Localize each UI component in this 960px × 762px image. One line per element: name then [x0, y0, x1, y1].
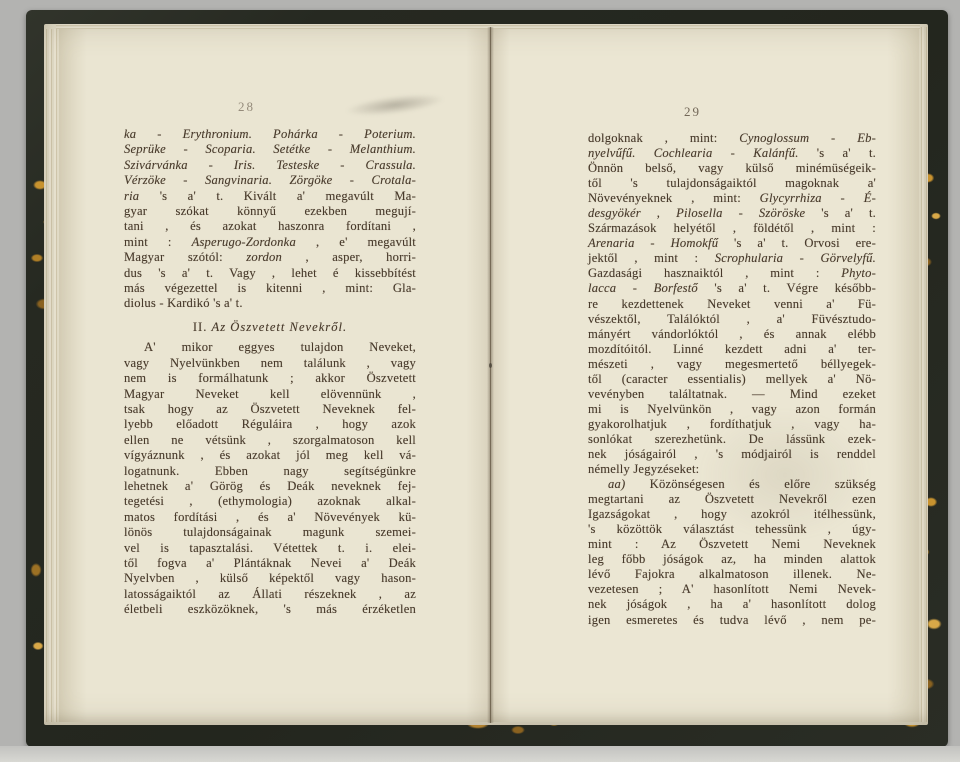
text-line: lehetnek a' Görög és Deák neveknek fej- [124, 479, 416, 494]
text-line: ka - Erythronium. Pohárka - Poterium. [124, 127, 416, 142]
text-line: A' mikor eggyes tulajdon Neveket, [124, 340, 416, 355]
text-line: vészektől, Találóktól , a' Füvésztudo- [588, 312, 876, 327]
text-line: től fogva a' Plántáknak Nevei a' Deák [124, 556, 416, 571]
text-line: Önnön belső, vagy külső minémüségeik- [588, 161, 876, 176]
text-line: Vérzöke - Sangvinaria. Zörgöke - Crotala… [124, 173, 416, 188]
text-line: re kezdettenek Neveket venni a' Fü- [588, 297, 876, 312]
text-line: mint : Asperugo-Zordonka , e' megavúlt [124, 235, 416, 250]
text-line: némelly Jegyzéseket: [588, 462, 876, 477]
text-line: dus 's a' t. Vagy , lehet é kissebbítést [124, 266, 416, 281]
text-line: Magyar szótól: zordon , asper, horri- [124, 250, 416, 265]
text-line: tani , és azokat haszonra fordítani , [124, 219, 416, 234]
text-line: ellen ne vétsünk , szorgalmatoson kell [124, 433, 416, 448]
text-line: Igazságokat , hogy azokról itélhessünk, [588, 507, 876, 522]
scanned-book-photo: { "colors": { "background_gray": "#b3b3b… [0, 0, 960, 762]
text-line: jektől , mint : Scrophularia - Görvelyfű… [588, 251, 876, 266]
text-line: logatnunk. Ebben nagy segítségünkre [124, 464, 416, 479]
text-line: aa) Közönségesen és előre szükség [588, 477, 876, 492]
text-line: vezetesen ; A' hasonlított Nemi Nevek- [588, 582, 876, 597]
text-line: Származások helyétől , földétől , mint : [588, 221, 876, 236]
text-line: nyelvűfű. Cochlearia - Kalánfű. 's a' t. [588, 146, 876, 161]
text-line: vagy Nyelvünkben nem találunk , vagy [124, 356, 416, 371]
text-line: vevényben találtatnak. — Mind ezeket [588, 387, 876, 402]
text-line: vígyáznunk , és azokat jól meg kell vá- [124, 448, 416, 463]
text-line: dolgoknak , mint: Cynoglossum - Eb- [588, 131, 876, 146]
right-page-number: 29 [684, 104, 701, 120]
text-line: tegetési , (ethymologia) azoknak alkal- [124, 494, 416, 509]
text-line: 's közöttök választást tehessünk , úgy- [588, 522, 876, 537]
text-line: Gazdasági hasznaiktól , mint : Phyto- [588, 266, 876, 281]
text-line: tsak hogy az Öszvetett Neveknek fel- [124, 402, 416, 417]
right-page-text: dolgoknak , mint: Cynoglossum - Eb-nyelv… [588, 131, 876, 628]
left-page-text: ka - Erythronium. Pohárka - Poterium.Sep… [124, 127, 416, 618]
text-line: megtartani az Öszvetett Nevekről ezen [588, 492, 876, 507]
text-line: ria 's a' t. Kivált a' megavúlt Ma- [124, 189, 416, 204]
text-line: Arenaria - Homokfű 's a' t. Orvosi ere- [588, 236, 876, 251]
text-line: mi is Nyelvünkön , vagy azon formán [588, 402, 876, 417]
text-line: mint : Az Öszvetett Nemi Neveknek [588, 537, 876, 552]
text-line: életbeli eszközöknek, 's más érzéketlen [124, 602, 416, 617]
page-stack-edge-right [919, 27, 928, 722]
text-line: Nyelvben , külső képektől vagy hason- [124, 571, 416, 586]
text-line: más végezettel is kitenni , mint: Gla- [124, 281, 416, 296]
text-line: nek jóságok , ha a' hasonlított dolog [588, 597, 876, 612]
text-line: sonlókat szerezhetünk. De lássünk ezek- [588, 432, 876, 447]
page-stack-edge-left [44, 29, 59, 722]
text-line: nem is formálhatunk ; akkor Öszvetett [124, 371, 416, 386]
text-line: desgyökér , Pilosella - Szöröske 's a' t… [588, 206, 876, 221]
text-line: lönös tulajdonságainak magunk szemei- [124, 525, 416, 540]
text-line: igen esmeretes és tudva lévő , nem pe- [588, 613, 876, 628]
book-gutter [487, 27, 494, 723]
text-line: diolus - Kardikó 's a' t. [124, 296, 416, 311]
text-line: lyebb előadott Réguláira , hogy azok [124, 417, 416, 432]
text-line: latosságaiktól az Állati részeknek , az [124, 587, 416, 602]
text-line: lacca - Borfestő 's a' t. Végre később- [588, 281, 876, 296]
text-line: Növevényeknek , mint: Glycyrrhiza - É- [588, 191, 876, 206]
text-line: leg főbb jóságok az, ha minden alattok [588, 552, 876, 567]
left-page-number: 28 [238, 99, 255, 115]
text-line: mészeti , vagy megesmertető béllyegek- [588, 357, 876, 372]
ink-speck [489, 363, 492, 368]
text-line: Szivárvánka - Iris. Testeske - Crassula. [124, 158, 416, 173]
text-line: gyar szókat könnyű ezekben megují- [124, 204, 416, 219]
text-line: mozdítóitól. Linné kezdett adni a' ter- [588, 342, 876, 357]
text-line: nek jóságairól , 's módjairól is renddel [588, 447, 876, 462]
text-line: matos fordítási , és a' Növevények kü- [124, 510, 416, 525]
text-line: mányért vándorlóktól , és annak elébb [588, 327, 876, 342]
text-line: gyakorolhatjuk , fordíthatjuk , vagy ha- [588, 417, 876, 432]
text-line: vel is tapasztalási. Vétettek t. i. elei… [124, 541, 416, 556]
text-line: lévő Fajokra alkalmatoson illenek. Ne- [588, 567, 876, 582]
text-line: től 's tulajdonságaiktól magoknak a' [588, 176, 876, 191]
text-line: Seprüke - Scoparia. Setétke - Melanthium… [124, 142, 416, 157]
section-heading: II. Az Öszvetett Nevekről. [124, 320, 416, 335]
text-line: Magyar Neveket kell elövennünk , [124, 387, 416, 402]
background-floor [0, 746, 960, 762]
text-line: től (caracter essentialis) mellyek a' Nö… [588, 372, 876, 387]
